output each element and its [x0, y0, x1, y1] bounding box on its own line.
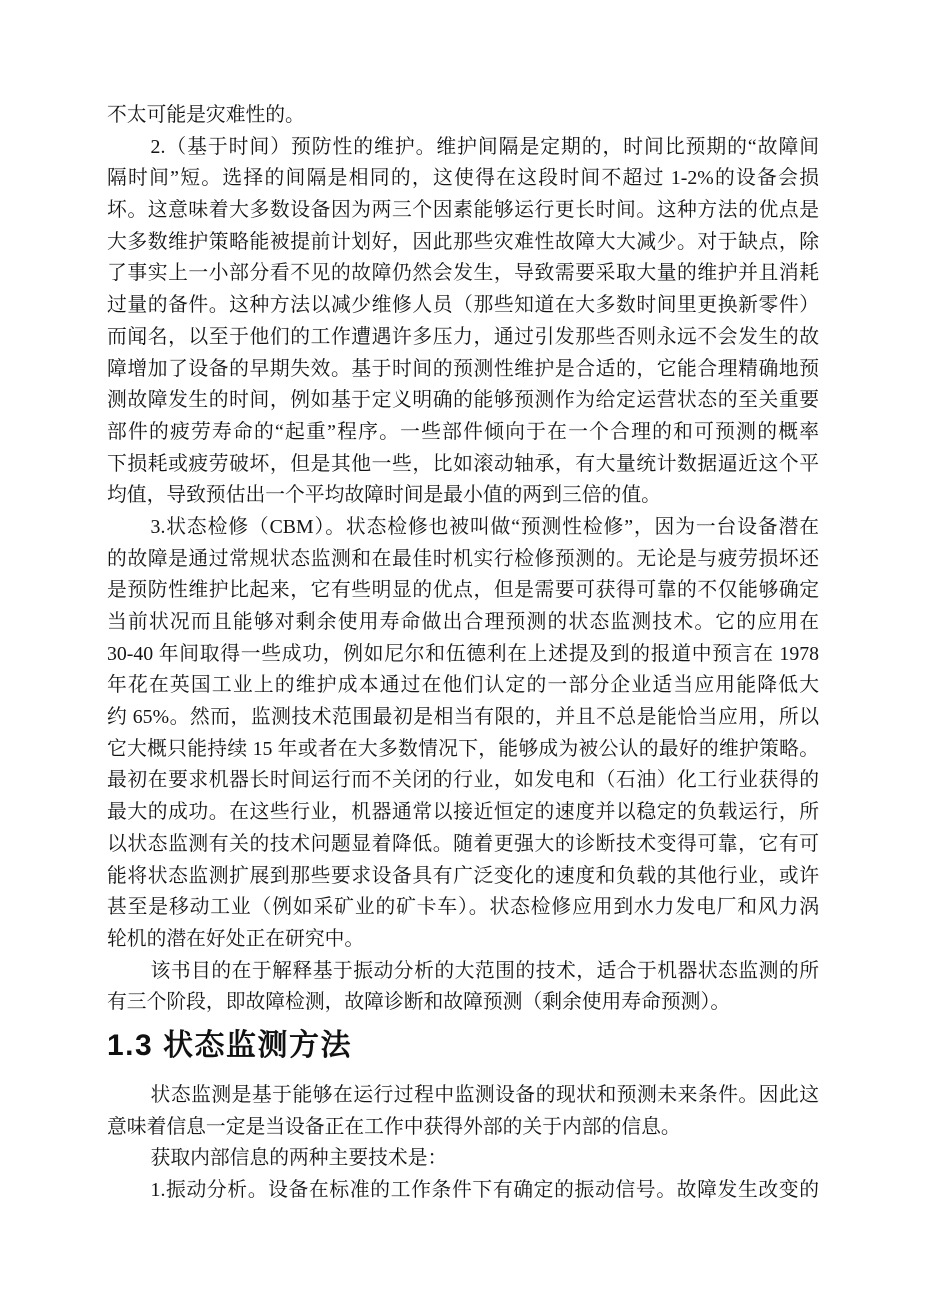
paragraph: 状态监测是基于能够在运行过程中监测设备的现状和预测未来条件。因此这意味着信息一定… — [107, 1080, 819, 1143]
text-line: 获取内部信息的两种主要技术是： — [107, 1143, 819, 1175]
text-line: 坏。这意味着大多数设备因为两三个因素能够运行更长时间。这种方法的优点是 — [107, 195, 819, 227]
paragraph: 获取内部信息的两种主要技术是： — [107, 1143, 819, 1175]
text-line: 它大概只能持续 15 年或者在大多数情况下，能够成为被公认的最好的维护策略。 — [107, 734, 819, 766]
text-line: 不太可能是灾难性的。 — [107, 100, 819, 132]
paragraph: 该书目的在于解释基于振动分析的大范围的技术，适合于机器状态监测的所有三个阶段，即… — [107, 956, 819, 1019]
text-line: 均值，导致预估出一个平均故障时间是最小值的两到三倍的值。 — [107, 480, 819, 512]
text-line: 部件的疲劳寿命的“起重”程序。一些部件倾向于在一个合理的和可预测的概率 — [107, 417, 819, 449]
text-line: 最大的成功。在这些行业，机器通常以接近恒定的速度并以稳定的负载运行，所 — [107, 797, 819, 829]
text-line: 测故障发生的时间，例如基于定义明确的能够预测作为给定运营状态的至关重要 — [107, 385, 819, 417]
text-line: 有三个阶段，即故障检测，故障诊断和故障预测（剩余使用寿命预测）。 — [107, 987, 819, 1019]
text-line: 意味着信息一定是当设备正在工作中获得外部的关于内部的信息。 — [107, 1112, 819, 1144]
paragraph: 2.（基于时间）预防性的维护。维护间隔是定期的，时间比预期的“故障间隔时间”短。… — [107, 132, 819, 512]
text-line: 2.（基于时间）预防性的维护。维护间隔是定期的，时间比预期的“故障间 — [107, 132, 819, 164]
text-line: 年花在英国工业上的维护成本通过在他们认定的一部分企业适当应用能降低大 — [107, 670, 819, 702]
document-page: 不太可能是灾难性的。2.（基于时间）预防性的维护。维护间隔是定期的，时间比预期的… — [0, 0, 926, 1309]
paragraph: 3.状态检修（CBM）。状态检修也被叫做“预测性检修”，因为一台设备潜在的故障是… — [107, 512, 819, 956]
text-line: 状态监测是基于能够在运行过程中监测设备的现状和预测未来条件。因此这 — [107, 1080, 819, 1112]
text-line: 隔时间”短。选择的间隔是相同的，这使得在这段时间不超过 1-2%的设备会损 — [107, 163, 819, 195]
text-line: 当前状况而且能够对剩余使用寿命做出合理预测的状态监测技术。它的应用在 — [107, 607, 819, 639]
text-line: 甚至是移动工业（例如采矿业的矿卡车）。状态检修应用到水力发电厂和风力涡 — [107, 892, 819, 924]
text-line: 1.振动分析。设备在标准的工作条件下有确定的振动信号。故障发生改变的 — [107, 1175, 819, 1207]
paragraph: 不太可能是灾难性的。 — [107, 100, 819, 132]
text-line: 以状态监测有关的技术问题显着降低。随着更强大的诊断技术变得可靠，它有可 — [107, 829, 819, 861]
text-line: 能将状态监测扩展到那些要求设备具有广泛变化的速度和负载的其他行业，或许 — [107, 861, 819, 893]
section-heading: 1.3 状态监测方法 — [107, 1026, 819, 1066]
text-line: 障增加了设备的早期失效。基于时间的预测性维护是合适的，它能合理精确地预 — [107, 354, 819, 386]
text-line: 该书目的在于解释基于振动分析的大范围的技术，适合于机器状态监测的所 — [107, 956, 819, 988]
text-line: 而闻名，以至于他们的工作遭遇许多压力，通过引发那些否则永远不会发生的故 — [107, 322, 819, 354]
text-line: 大多数维护策略能被提前计划好，因此那些灾难性故障大大减少。对于缺点，除 — [107, 227, 819, 259]
text-line: 3.状态检修（CBM）。状态检修也被叫做“预测性检修”，因为一台设备潜在 — [107, 512, 819, 544]
document-body: 不太可能是灾难性的。2.（基于时间）预防性的维护。维护间隔是定期的，时间比预期的… — [107, 100, 819, 1207]
text-line: 下损耗或疲劳破坏，但是其他一些，比如滚动轴承，有大量统计数据逼近这个平 — [107, 449, 819, 481]
text-line: 轮机的潜在好处正在研究中。 — [107, 924, 819, 956]
text-line: 30-40 年间取得一些成功，例如尼尔和伍德利在上述提及到的报道中预言在 197… — [107, 639, 819, 671]
text-line: 了事实上一小部分看不见的故障仍然会发生，导致需要采取大量的维护并且消耗 — [107, 258, 819, 290]
text-line: 过量的备件。这种方法以减少维修人员（那些知道在大多数时间里更换新零件） — [107, 290, 819, 322]
text-line: 最初在要求机器长时间运行而不关闭的行业，如发电和（石油）化工行业获得的 — [107, 765, 819, 797]
text-line: 的故障是通过常规状态监测和在最佳时机实行检修预测的。无论是与疲劳损坏还 — [107, 544, 819, 576]
text-line: 是预防性维护比起来，它有些明显的优点，但是需要可获得可靠的不仅能够确定 — [107, 575, 819, 607]
paragraph: 1.振动分析。设备在标准的工作条件下有确定的振动信号。故障发生改变的 — [107, 1175, 819, 1207]
text-line: 约 65%。然而，监测技术范围最初是相当有限的，并且不总是能恰当应用，所以 — [107, 702, 819, 734]
